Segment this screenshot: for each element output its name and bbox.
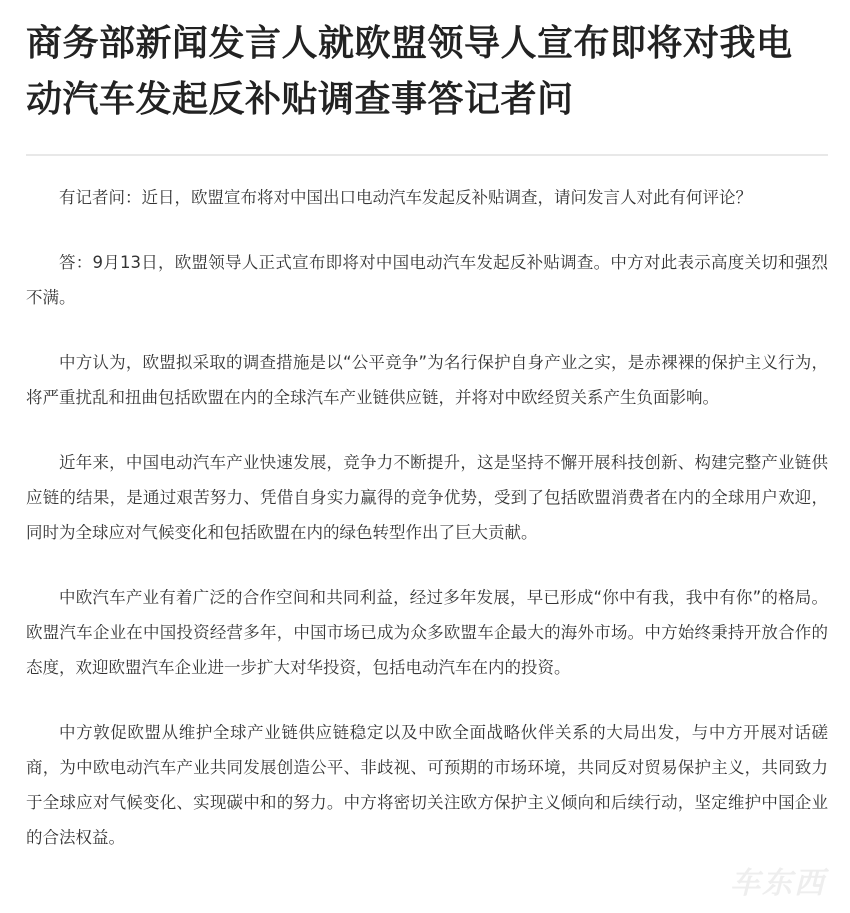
article-body: 有记者问：近日，欧盟宣布将对中国出口电动汽车发起反补贴调查，请问发言人对此有何评… xyxy=(26,180,828,885)
paragraph: 中方敦促欧盟从维护全球产业链供应链稳定以及中欧全面战略伙伴关系的大局出发，与中方… xyxy=(26,715,828,855)
paragraph: 中欧汽车产业有着广泛的合作空间和共同利益，经过多年发展，早已形成“你中有我，我中… xyxy=(26,580,828,685)
watermark-logo: 车东西 xyxy=(730,858,840,900)
paragraph: 近年来，中国电动汽车产业快速发展，竞争力不断提升，这是坚持不懈开展科技创新、构建… xyxy=(26,445,828,550)
paragraph: 中方认为，欧盟拟采取的调查措施是以“公平竞争”为名行保护自身产业之实，是赤裸裸的… xyxy=(26,345,828,415)
paragraph-question: 有记者问：近日，欧盟宣布将对中国出口电动汽车发起反补贴调查，请问发言人对此有何评… xyxy=(26,180,828,215)
title-divider xyxy=(26,154,828,156)
article-title: 商务部新闻发言人就欧盟领导人宣布即将对我电动汽车发起反补贴调查事答记者问 xyxy=(26,0,828,128)
paragraph-answer: 答：9月13日，欧盟领导人正式宣布即将对中国电动汽车发起反补贴调查。中方对此表示… xyxy=(26,245,828,315)
article: 商务部新闻发言人就欧盟领导人宣布即将对我电动汽车发起反补贴调查事答记者问 有记者… xyxy=(26,0,828,128)
